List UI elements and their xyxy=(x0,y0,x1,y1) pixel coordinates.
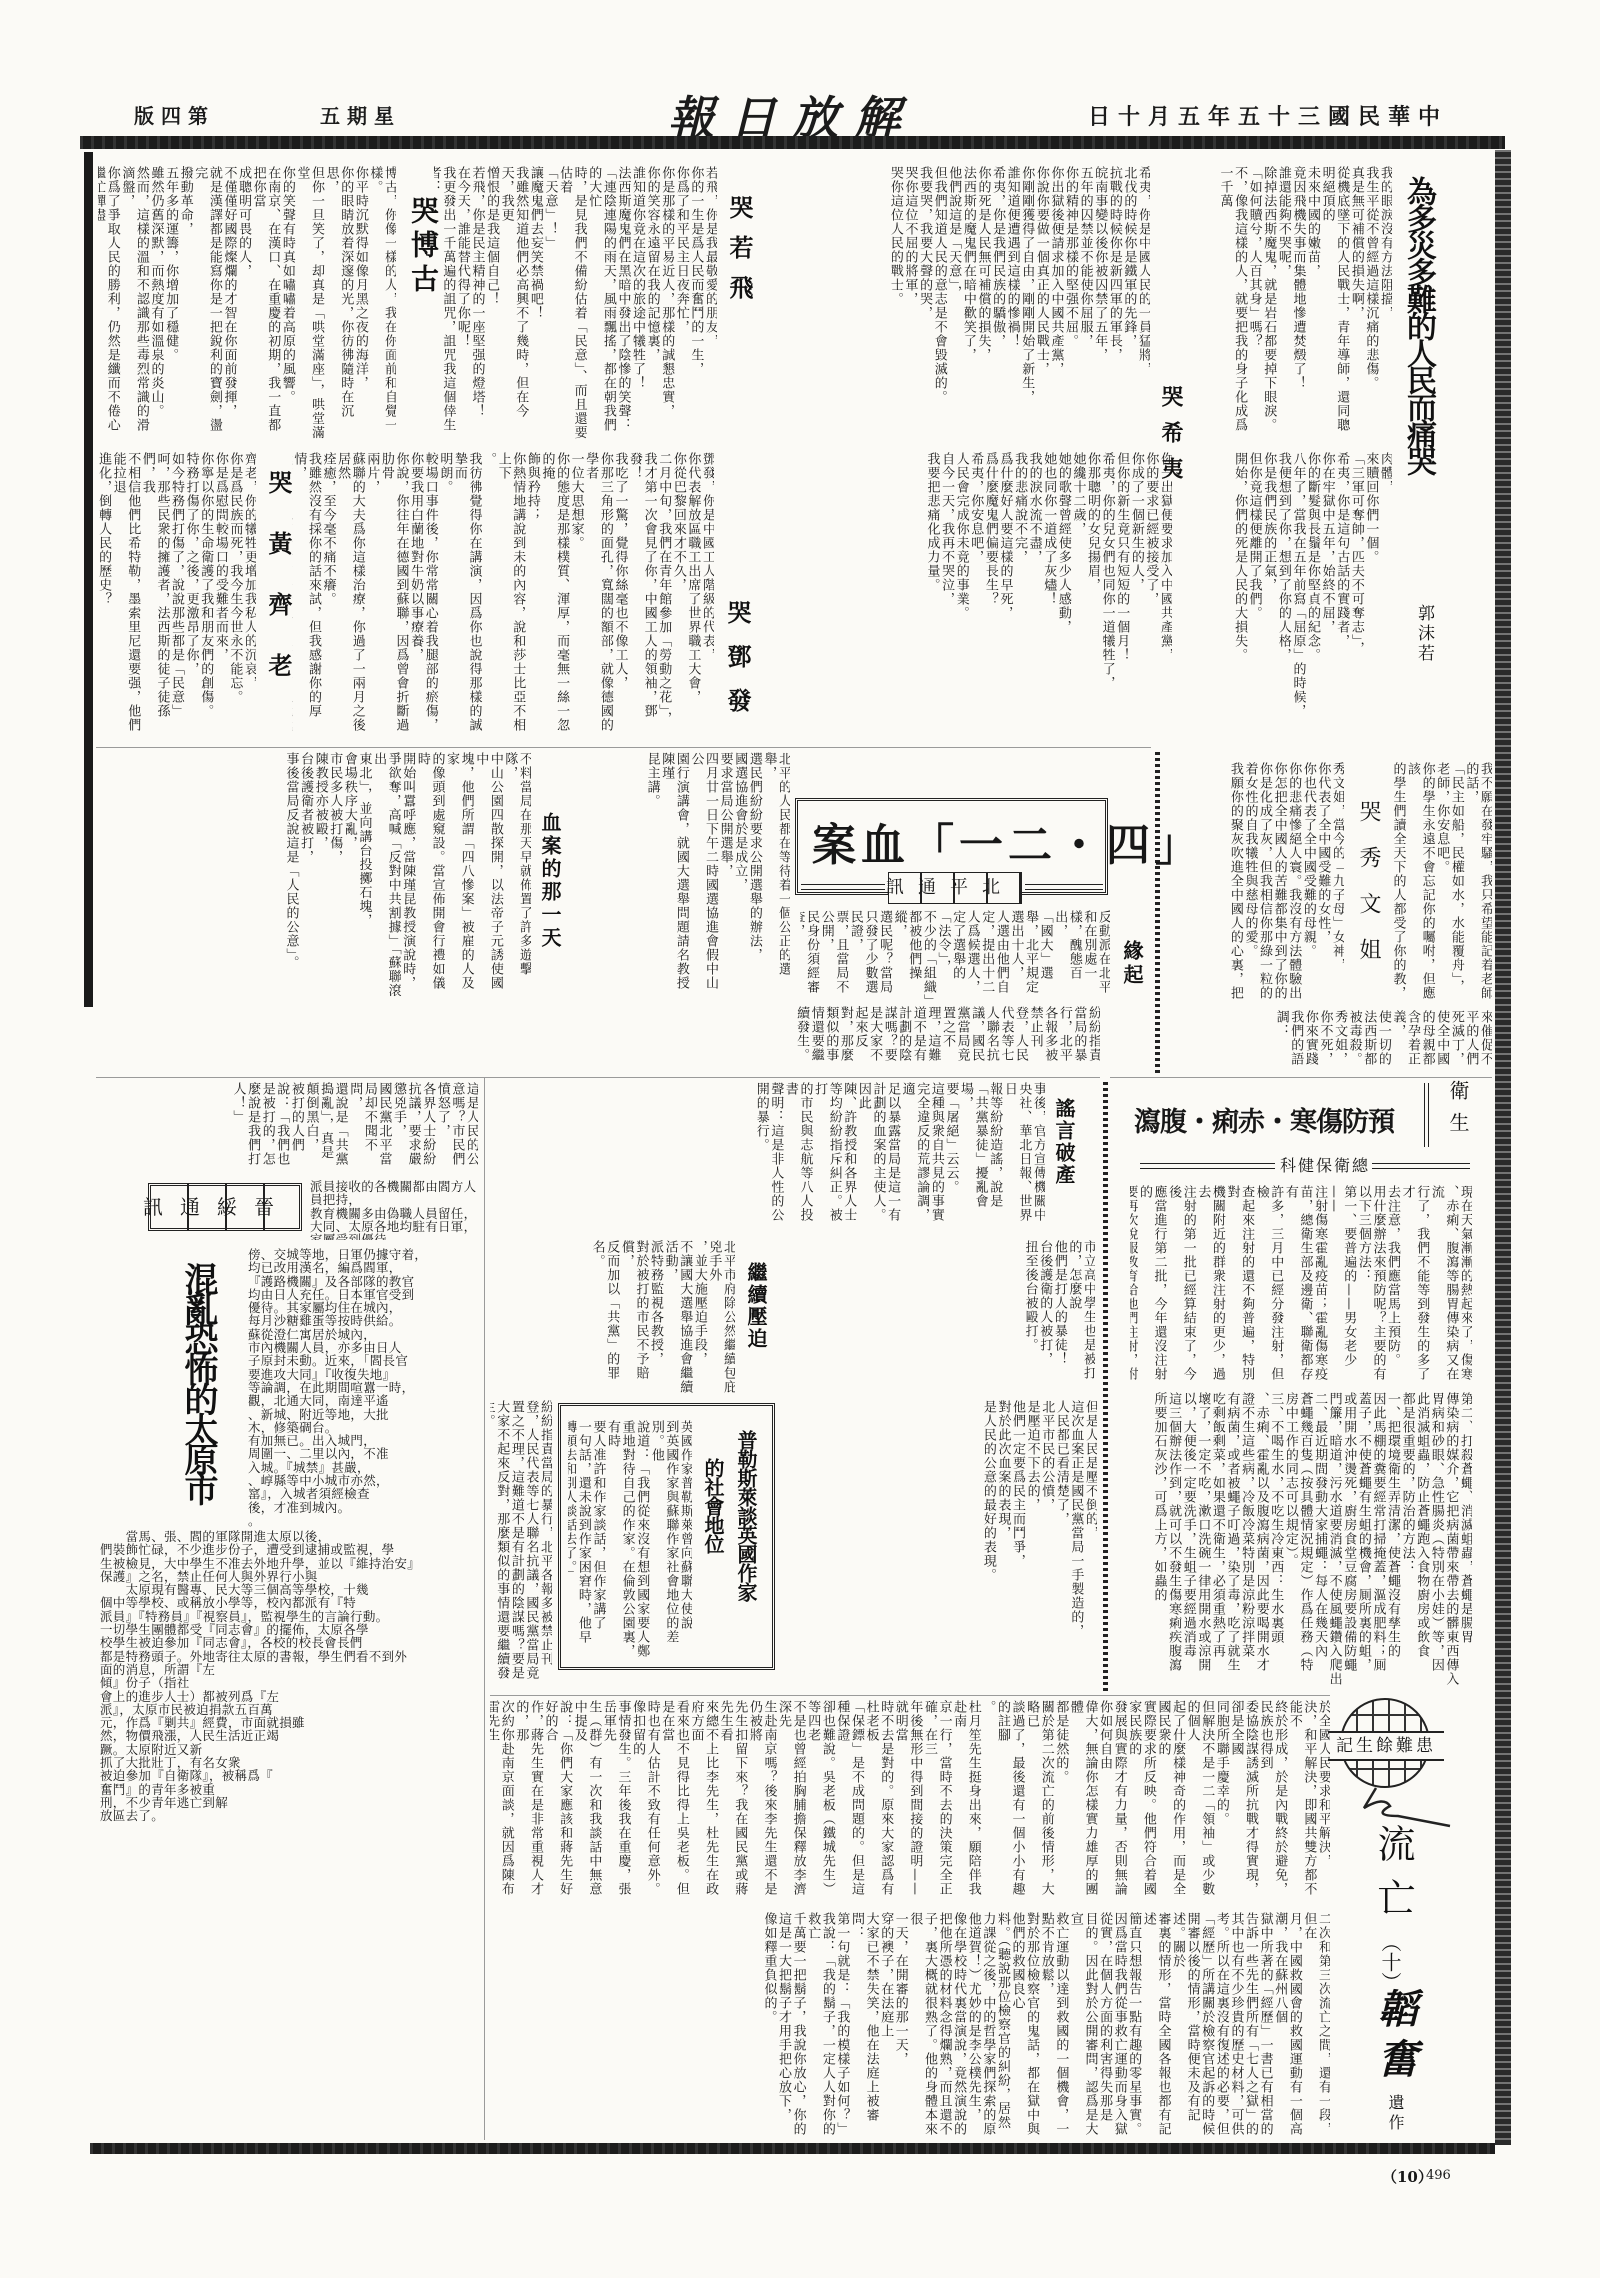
health-column-label: 衛生 xyxy=(1444,1080,1473,1144)
poem-headline: 為多災多難的人民而痛哭 xyxy=(1398,176,1438,473)
incident-origin-text: 反動派在北平和在別處一樣，醜態百出， 「國大」選舉，北平規定選出十人， 人選由他… xyxy=(800,910,1110,1002)
taiyuan-dateline: 晉綏通訊 xyxy=(148,1183,302,1231)
edition-label: 第四版 xyxy=(134,100,215,129)
health-text-part2: 第二、打殺蒼蠅、消滅蛆蟲，蒼蠅是腸胃 傳染病的媒介，它把病菌帶來帶去的髒東西傳入… xyxy=(1130,1392,1472,1692)
section-body-bogu: 博古，你像一樣的人，我在你面前和自覺一樣。 你平時沉默得如像月黑之夜的海洋， 你… xyxy=(98,166,396,442)
poem-text-continued: 肉體， 來贖回你們一個。 「三軍可奪帥，匹夫不可奪志」， 希夷，你是這句古話的實… xyxy=(1180,452,1392,742)
masthead-rule xyxy=(80,136,1505,149)
newspaper-page: 第四版 星期五 解放日報 中華民國三十五年五月十日 為多災多難的人民而痛哭 郭沫… xyxy=(0,0,1600,2278)
divider-line xyxy=(96,1077,1100,1078)
wavy-divider xyxy=(1103,1082,1108,1694)
section-body-ruofei: 若飛，你是我最敬愛的朋友， 你的一生是爲人民而奮鬥的一生， 你爲了和平民主日夜奔… xyxy=(434,166,717,442)
subhead-continued-pressure: 繼續壓迫 xyxy=(742,1262,771,1350)
rule-decoration xyxy=(1372,1163,1470,1169)
section-body-dengfa: 鄧發，你是中國工人階級的代表， 你代表解放區職工出席了世界職工大會， 你從巴黎回… xyxy=(292,452,714,742)
incident-dateline: 北平通訊 xyxy=(888,872,1022,904)
section-heading-xiuwen: 哭秀文姐 xyxy=(1353,800,1384,984)
rule-decoration xyxy=(1140,1163,1275,1169)
incident-text: 北平的人民都在等待着一個公正的選舉， 選民們紛紛要求公開選舉的辦法， 國選協進會… xyxy=(565,752,790,1002)
poem-ending-text: 來催促不平的人們死滅丁， 使全中國的母親都含孕着正義， 使一切的法西斯都被毒殺。… xyxy=(1172,1010,1492,1072)
incident-the-day-text: 不料當局在那天早就佈置了許多遊擊隊， 中山公園四散探開，以法帝子元誘使國中 塊，… xyxy=(98,752,531,1002)
serial-text-part1: 於全國人民要求和平解決， 決，和平解決，即國共雙方都不能不 終於形成，於是內戰終… xyxy=(490,1700,1330,1905)
incident-text: 這是人民的公意嗎？市民們憤怒了， 各界人士紛紛抗議，要求嚴懲兇手， 國民黨北平當… xyxy=(98,1082,478,1166)
taiyuan-body-beside-title: 傍、交城等地，日軍仍據守着， 均已改用漢名，編爲閻軍， 『護路機關』及各部隊的教… xyxy=(248,1248,478,1528)
incident-pressure-text: 北平市府除公然繼續包庇兇手外 ，並大施壓迫手段， 不讓國大選舉協進會繼續活動， … xyxy=(490,1240,735,1395)
poem-intro-text: 我的眼淚沒有方法阻擋， 我生平從不曾經過這樣沉痛的悲傷。 真是無可補償的損失啊，… xyxy=(1190,166,1392,442)
divider-line xyxy=(96,747,1151,748)
issue-date: 中華民國三十五年五月十日 xyxy=(1088,100,1448,131)
sidebar-body: 英國作家普勒斯萊曾向蘇聯大使說 到英國作家與蘇聯作家社會地位的差別。他 說道：「… xyxy=(568,1420,692,1660)
column-label-rule xyxy=(1424,1083,1429,1147)
serial-note: 遺作 xyxy=(1384,2094,1407,2134)
serial-installment: （十） xyxy=(1376,1932,1405,1992)
serial-author-signature: 韜奮 xyxy=(1366,1988,1423,2088)
taiyuan-body: 當馬、張、閻的軍隊開進太原以後， 們裝飾忙碌，不少進步份子，遭受到逮捕或監視，學… xyxy=(100,1530,478,2130)
incident-text: 市立高中學生也是被打的，怎麼說 他們是打人的暴徒！ 台後護衛的人被打， 扭至後台… xyxy=(770,1240,1095,1395)
section-heading-bogu: 哭博古 xyxy=(403,196,443,298)
section-heading-dengfa: 哭鄧發 xyxy=(720,600,755,732)
health-byline: 總衛保健科 xyxy=(1280,1153,1370,1176)
section-body-xiyi: 希夷，你是中國人民的一員猛將， 北伐的時候你是鐵軍的先鋒， 抗戰的時候你是新四軍… xyxy=(772,166,1150,442)
poem-text-continued: 你一出獄便要求加入中國共產黨， 你的要求已經被接受了， 你成了一個新生的人， 但… xyxy=(760,452,1172,742)
health-text-part1: 現在天氣漸漸的熱起來了，傷寒 、赤痢、腹瀉等腸胃傳染病又在流 行了，我們不能等到… xyxy=(1130,1185,1472,1385)
taiyuan-intro-text: 派員接收的各機關都由閻方人員把持， 教育機關多由偽職人員留任， 大同、太原各地均… xyxy=(310,1180,478,1240)
section-heading-ruofei: 哭若飛 xyxy=(722,195,757,315)
divider-line xyxy=(484,1078,485,2140)
serial-text-part2: 二次和第三次流亡之間，還有一段，但在 月，中國救國會的救國運動有一個高潮，我在蘇… xyxy=(490,1912,1330,2136)
divider-line xyxy=(490,1695,1330,1696)
poem-author: 郭沫若 xyxy=(1412,604,1437,664)
incident-closing-text: 但是人民是壓不倒的， 這次血案正是國民黨當局一手製造的， 人民都已看清楚了， 北… xyxy=(785,1400,1097,1690)
incident-headline: 「四・二一」血案 xyxy=(812,809,1204,873)
poem-text-continued: 我不願在發牢騷，我只希望能記着老師的話， 「民主如船，民權如水，水能覆舟」， 老… xyxy=(1392,762,1492,1002)
sidebar-title-line2: 的社會地位 xyxy=(699,1458,728,1553)
subhead-rumor-collapse: 謠言破產 xyxy=(1050,1098,1079,1186)
series-logo-banner: 患難餘生記 xyxy=(1328,1731,1444,1761)
divider-line xyxy=(1110,1077,1492,1078)
incident-text: 紛紛指責當局的暴行，北平各報多被禁止刊登，人民代表等七人聯名抗議，國民黨當局竟置… xyxy=(98,1006,1100,1072)
rule-decoration xyxy=(1025,884,1103,890)
serial-number: 496 xyxy=(1426,2168,1451,2183)
wavy-divider xyxy=(1155,752,1160,1075)
health-headline: 預防傷寒・赤痢・腹瀉 xyxy=(1134,1100,1394,1139)
rule-decoration xyxy=(801,884,885,890)
subhead-the-day: 血案的那一天 xyxy=(536,812,565,950)
incident-text: 紛紛指責當局的暴行，北平各報多被禁止刊登，人民代表等七人聯名抗議，國民黨當局竟置… xyxy=(490,1400,552,1690)
weekday-label: 星期五 xyxy=(320,100,401,129)
left-border-bar xyxy=(84,152,93,1007)
section-heading-huangqilao: 哭黃齊老 xyxy=(261,470,296,714)
section-body-xiuwen: 秀文姐，當今的「九子母」女神， 你代表了全中國受難的女性， 你也代表了全中國受難… xyxy=(1172,762,1344,1002)
taiyuan-headline: 混亂恐怖的太原市 xyxy=(174,1262,223,1502)
right-border-bar xyxy=(1495,150,1511,2145)
serial-title: 流亡 xyxy=(1366,1824,1421,1932)
bottom-rule xyxy=(90,2143,1495,2154)
section-body-huangqilao: 齊老，你的犧牲更增加我私人的沉哀， 你是爲民族而死，我今生今世永不能忘。 你是爲… xyxy=(98,452,256,742)
subhead-origin: 緣起 xyxy=(1118,940,1147,988)
incident-rumor-text: 事後，官方宣傳機關中央社、華北日報、世界日 報等紛紛造謠，說是「共黨暴徒」擾亂會… xyxy=(490,1082,1045,1232)
sidebar-title-line1: 普勒斯萊談英國作家 xyxy=(732,1430,761,1601)
